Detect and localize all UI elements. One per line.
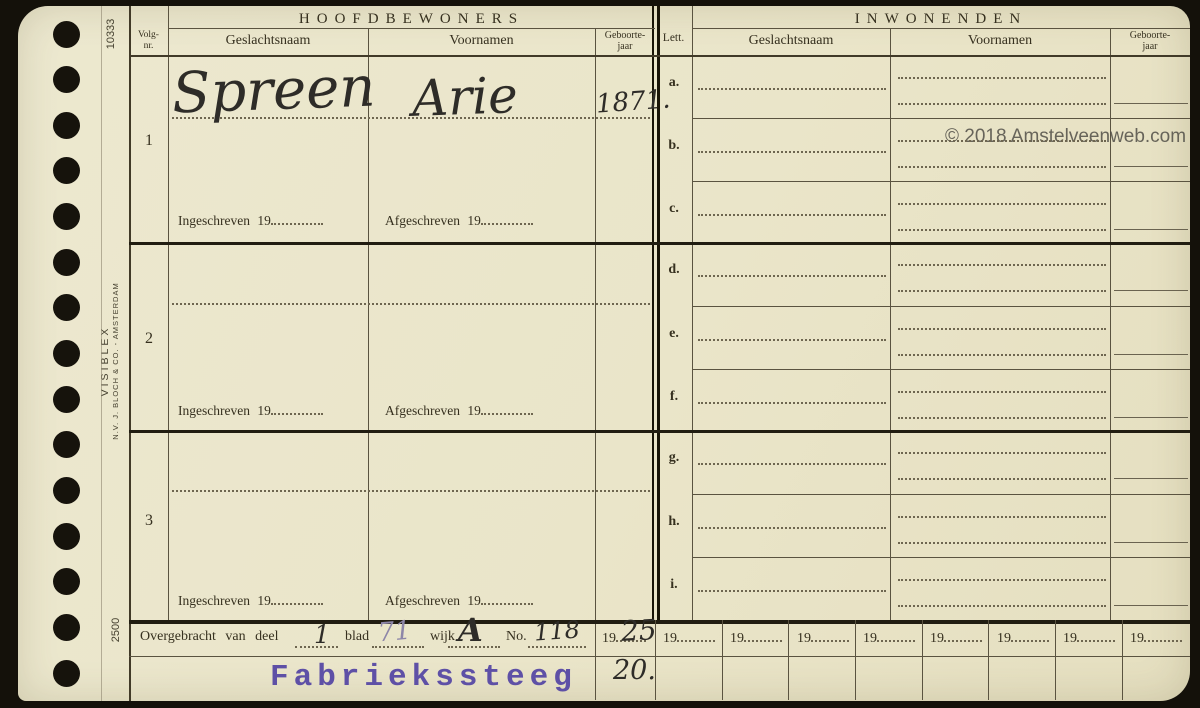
year-cell-3: 19 [797, 629, 849, 647]
left-voornamen-header: Voornamen [368, 33, 595, 49]
inwonende-voornamen-line-lower [898, 478, 1106, 480]
punch-hole [53, 660, 80, 687]
right-table-title: INWONENDEN [692, 11, 1190, 28]
inwonende-row-separator [692, 118, 1190, 119]
year-cell-8: 19 [1130, 629, 1182, 647]
volgnr-header-line1: Volg- [129, 30, 168, 41]
inwonende-voornamen-line-lower [898, 417, 1106, 419]
year-cell-8-text: 19 [1130, 631, 1144, 646]
handwritten-firstname: Arie [411, 66, 519, 128]
handwritten-deel: 1 [314, 620, 330, 649]
lett-row-i: i. [656, 577, 692, 593]
punch-hole [53, 249, 80, 276]
punch-hole [53, 157, 80, 184]
copyright-watermark: © 2018 Amstelveenweb.com [945, 126, 1186, 148]
right-geboortejaar-line2: jaar [1110, 41, 1190, 52]
lett-row-e: e. [656, 326, 692, 342]
inwonende-voornamen-line-upper [898, 264, 1106, 266]
inwonende-geboortejaar-line [1114, 354, 1188, 355]
right-geboortejaar-line1: Geboorte- [1110, 30, 1190, 41]
inwonende-geboortejaar-line [1114, 290, 1188, 291]
footer-cell-divider [1122, 620, 1123, 700]
inwonende-voornamen-line-lower [898, 290, 1106, 292]
inwonende-voornamen-line-upper [898, 452, 1106, 454]
inwonende-row-separator [692, 306, 1190, 307]
inwonende-geslachtsnaam-line [698, 88, 886, 90]
inwonende-row-separator [692, 181, 1190, 182]
handwritten-wijk: A [458, 611, 483, 649]
punch-hole [53, 112, 80, 139]
row-number-3: 3 [130, 512, 168, 530]
inwonende-geboortejaar-line [1114, 542, 1188, 543]
inwonende-geslachtsnaam-line [698, 214, 886, 216]
row1-separator [129, 242, 1190, 245]
inwonende-voornamen-line-upper [898, 516, 1106, 518]
left-geboortejaar-header: Geboorte- jaar [595, 30, 655, 52]
left-geboortejaar-line1: Geboorte- [595, 30, 655, 41]
lett-row-d: d. [656, 262, 692, 278]
blad-label: blad [345, 629, 369, 645]
right-title-underline [692, 28, 1190, 29]
punch-hole [53, 21, 80, 48]
lett-row-g: g. [656, 450, 692, 466]
inwonende-geslachtsnaam-line [698, 402, 886, 404]
right-voornamen-header: Voornamen [890, 33, 1110, 49]
volgnr-column-divider [168, 6, 169, 620]
inwonende-geslachtsnaam-line [698, 590, 886, 592]
scanned-register-card-page: 10333 VISIBLEX N.V. J. BLOCH & CO. - AMS… [0, 0, 1200, 708]
year-cell-4-text: 19 [863, 631, 877, 646]
punch-hole [53, 614, 80, 641]
volgnr-column-header: Volg- nr. [129, 30, 168, 52]
punch-hole [53, 386, 80, 413]
left-year-column-divider [595, 28, 596, 700]
inwonende-row-separator [692, 557, 1190, 558]
punch-hole [53, 523, 80, 550]
inwonende-voornamen-line-lower [898, 229, 1106, 231]
inwonende-voornamen-line-lower [898, 605, 1106, 607]
handwritten-surname: Spreen [171, 54, 376, 126]
footer-cell-divider [922, 620, 923, 700]
punch-hole [53, 66, 80, 93]
year-cell-2: 19 [730, 629, 782, 647]
footer-row-divider [129, 656, 1190, 657]
overgebracht-label: Overgebracht van deel [140, 629, 278, 645]
inwonende-voornamen-line-upper [898, 328, 1106, 330]
row1-ingeschreven-text: Ingeschreven 19 [178, 213, 271, 228]
lett-column-header: Lett. [655, 32, 692, 44]
table-bottom-rule [129, 620, 1190, 624]
year-cell-2-dots [744, 629, 782, 642]
row1-afgeschreven-dots [481, 212, 533, 225]
punch-hole [53, 477, 80, 504]
year-cell-7: 19 [1063, 629, 1115, 647]
row3-ingeschreven-dots [271, 592, 323, 605]
inwonende-geslachtsnaam-line [698, 151, 886, 153]
row1-ingeschreven-dots [271, 212, 323, 225]
inwonende-geboortejaar-line [1114, 229, 1188, 230]
right-name-column-divider [890, 28, 891, 620]
lett-row-f: f. [656, 389, 692, 405]
year-cell-7-dots [1077, 629, 1115, 642]
year-cell-8-dots [1144, 629, 1182, 642]
handwritten-blad: 71 [377, 616, 413, 649]
spine-top-code: 10333 [105, 13, 122, 55]
lett-row-a: a. [656, 75, 692, 91]
inwonende-voornamen-line-lower [898, 166, 1106, 168]
year-cell-1-dots [677, 629, 715, 642]
row2-afgeschreven-dots [481, 402, 533, 415]
row-number-1: 1 [130, 132, 168, 150]
street-name-stamp: Fabriekssteeg [270, 660, 530, 695]
row2-separator [129, 430, 1190, 433]
spine-divider-line [101, 6, 102, 701]
inwonende-row-separator [692, 494, 1190, 495]
year-cell-7-text: 19 [1063, 631, 1077, 646]
lett-row-h: h. [656, 514, 692, 530]
row3-afgeschreven-label: Afgeschreven 19 [385, 592, 533, 609]
row3-ingeschreven-text: Ingeschreven 19 [178, 593, 271, 608]
row2-writing-line [172, 303, 650, 305]
left-geboortejaar-line2: jaar [595, 41, 655, 52]
inwonende-geslachtsnaam-line [698, 339, 886, 341]
year-cell-1-text: 19 [663, 631, 677, 646]
inwonende-voornamen-line-lower [898, 542, 1106, 544]
lett-row-b: b. [656, 138, 692, 154]
row2-afgeschreven-label: Afgeschreven 19 [385, 402, 533, 419]
volgnr-header-line2: nr. [129, 41, 168, 52]
no-label: No. [506, 629, 527, 645]
year-cell-5-dots [944, 629, 982, 642]
year-prefix-text: 19 [602, 631, 616, 646]
year-cell-5-text: 19 [930, 631, 944, 646]
row1-afgeschreven-text: Afgeschreven 19 [385, 213, 481, 228]
year-cell-3-text: 19 [797, 631, 811, 646]
handwritten-no: 118 [533, 615, 581, 646]
footer-cell-divider [788, 620, 789, 700]
right-year-column-divider [1110, 28, 1111, 620]
inwonende-geboortejaar-line [1114, 166, 1188, 167]
punch-hole [53, 340, 80, 367]
year-cell-2-text: 19 [730, 631, 744, 646]
inwonende-voornamen-line-upper [898, 77, 1106, 79]
year-cell-6-text: 19 [997, 631, 1011, 646]
right-geboortejaar-header: Geboorte- jaar [1110, 30, 1190, 52]
year-cell-4-dots [877, 629, 915, 642]
inwonende-geboortejaar-line [1114, 478, 1188, 479]
row1-ingeschreven-label: Ingeschreven 19 [178, 212, 323, 229]
row2-afgeschreven-text: Afgeschreven 19 [385, 403, 481, 418]
table-left-border [129, 6, 131, 701]
row2-ingeschreven-dots [271, 402, 323, 415]
wijk-label: wijk [430, 629, 455, 645]
year-cell-3-dots [811, 629, 849, 642]
row3-afgeschreven-dots [481, 592, 533, 605]
footer-cell-divider [1055, 620, 1056, 700]
left-title-underline [168, 28, 655, 29]
inwonende-geboortejaar-line [1114, 605, 1188, 606]
left-geslachtsnaam-header: Geslachtsnaam [168, 33, 368, 49]
year-cell-6-dots [1011, 629, 1049, 642]
inwonende-geslachtsnaam-line [698, 527, 886, 529]
inwonende-row-separator [692, 369, 1190, 370]
spine-brand-block: VISIBLEX N.V. J. BLOCH & CO. - AMSTERDAM [99, 254, 131, 468]
punch-hole [53, 203, 80, 230]
lett-column-divider [692, 6, 693, 620]
inwonende-voornamen-line-lower [898, 354, 1106, 356]
inwonende-voornamen-line-lower [898, 103, 1106, 105]
inwonende-geslachtsnaam-line [698, 463, 886, 465]
spine-brand-sub: N.V. J. BLOCH & CO. - AMSTERDAM [111, 254, 120, 468]
row1-afgeschreven-label: Afgeschreven 19 [385, 212, 533, 229]
year-cell-6: 19 [997, 629, 1049, 647]
lett-row-c: c. [656, 201, 692, 217]
row-number-2: 2 [130, 330, 168, 348]
punch-hole [53, 431, 80, 458]
inwonende-geslachtsnaam-line [698, 275, 886, 277]
year-cell-5: 19 [930, 629, 982, 647]
inwonende-voornamen-line-upper [898, 579, 1106, 581]
inwonende-voornamen-line-upper [898, 203, 1106, 205]
footer-cell-divider [988, 620, 989, 700]
year-cell-1: 19 [663, 629, 715, 647]
inwonende-geboortejaar-line [1114, 417, 1188, 418]
footer-cell-divider [655, 620, 656, 700]
left-table-title: HOOFDBEWONERS [168, 11, 655, 28]
row2-ingeschreven-text: Ingeschreven 19 [178, 403, 271, 418]
right-geslachtsnaam-header: Geslachtsnaam [692, 33, 890, 49]
handwritten-year: 25 [620, 613, 657, 648]
inwonende-voornamen-line-upper [898, 140, 1106, 142]
handwritten-house-number: 20. [613, 655, 656, 686]
footer-cell-divider [722, 620, 723, 700]
punch-hole [53, 568, 80, 595]
row3-ingeschreven-label: Ingeschreven 19 [178, 592, 323, 609]
inwonende-voornamen-line-upper [898, 391, 1106, 393]
row2-ingeschreven-label: Ingeschreven 19 [178, 402, 323, 419]
spine-bottom-code: 2500 [110, 610, 127, 650]
row3-writing-line [172, 490, 650, 492]
year-cell-4: 19 [863, 629, 915, 647]
inwonende-geboortejaar-line [1114, 103, 1188, 104]
footer-cell-divider [855, 620, 856, 700]
row3-afgeschreven-text: Afgeschreven 19 [385, 593, 481, 608]
punch-hole [53, 294, 80, 321]
